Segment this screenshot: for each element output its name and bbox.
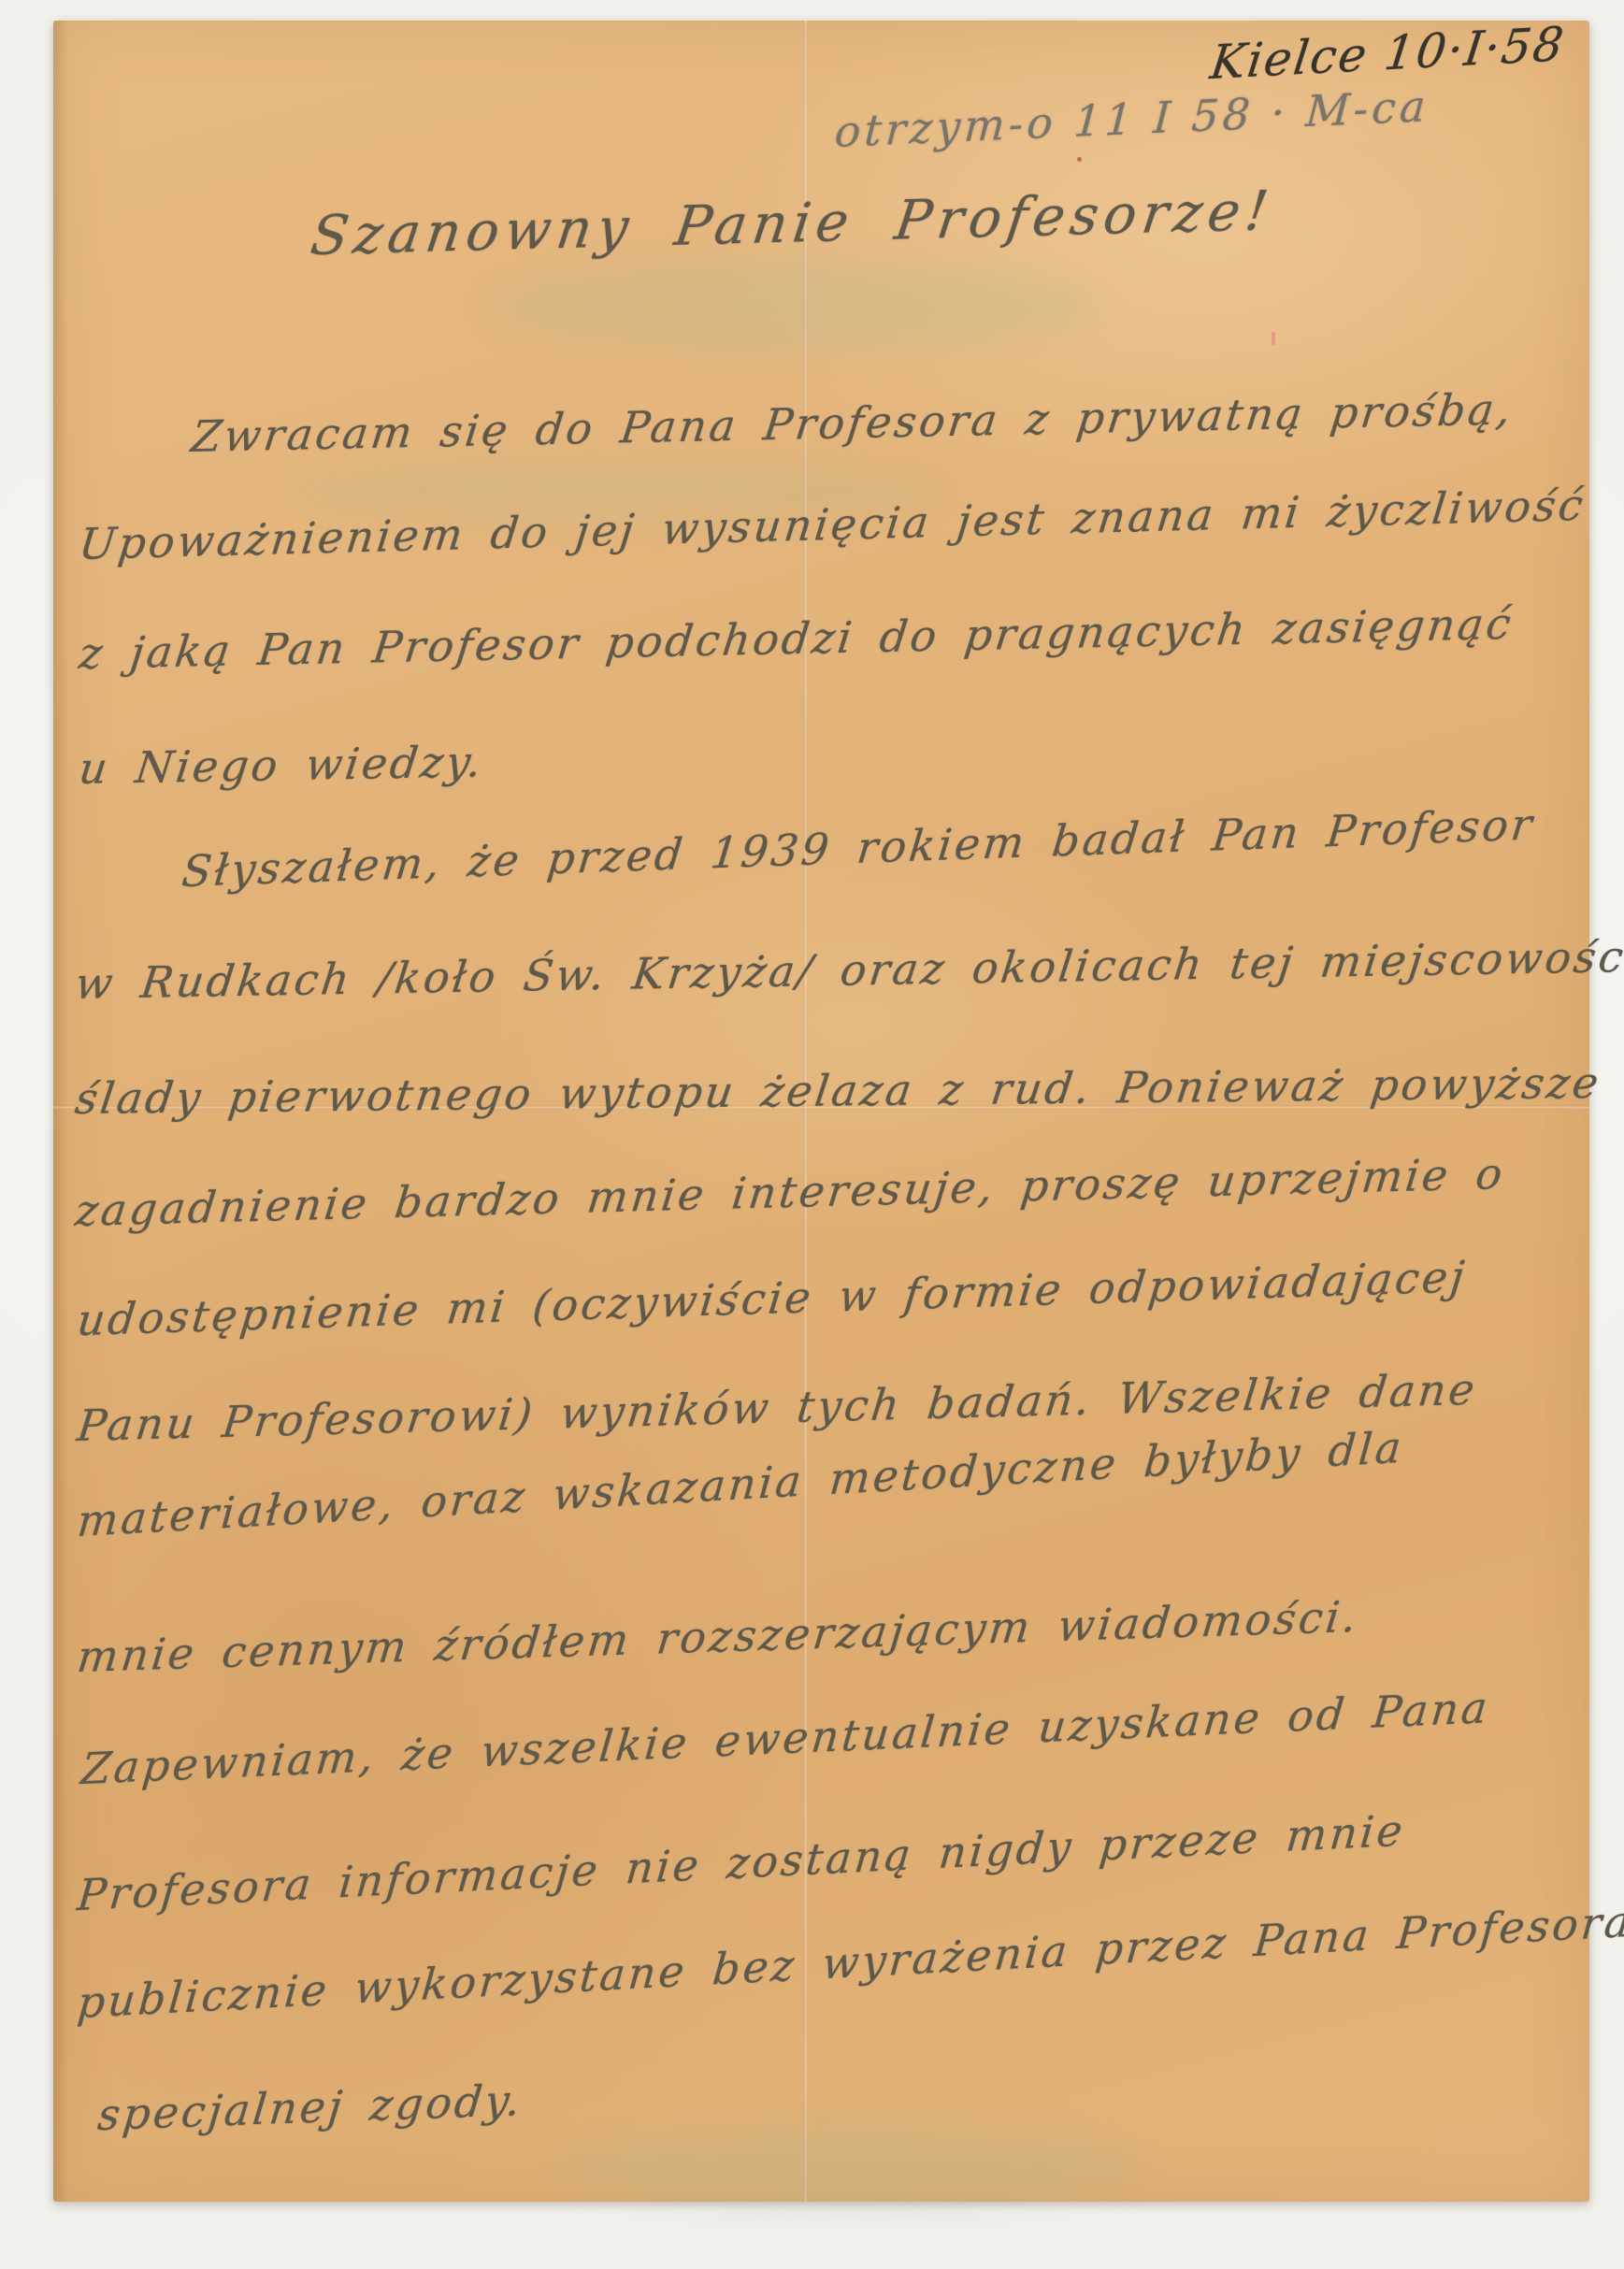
body-line: Upoważnieniem do jej wysunięcia jest zna… (77, 480, 1588, 569)
salutation: Szanowny Panie Profesorze! (308, 179, 1278, 267)
body-line: w Rudkach /koło Św. Krzyża/ oraz okolica… (73, 931, 1624, 1009)
body-line: udostępnienie mi (oczywiście w formie od… (75, 1251, 1469, 1345)
paper-speck (1272, 332, 1275, 345)
body-line: ślady pierwotnego wytopu żelaza z rud. P… (72, 1057, 1603, 1124)
body-line: u Niego wiedzy. (77, 736, 487, 794)
body-line: Zwracam się do Pana Profesora z prywatną… (189, 383, 1516, 462)
body-line: specjalnej zgody. (95, 2075, 525, 2140)
ink-showthrough-mark (493, 262, 1091, 351)
body-line: z jaką Pan Profesor podchodzi do pragnąc… (77, 598, 1516, 679)
body-line: publicznie wykorzystane bez wyrażenia pr… (76, 1896, 1624, 2029)
body-line: Profesora informacje nie zostaną nigdy p… (76, 1804, 1408, 1920)
scan-background: Kielce 10·I·58 otrzym-o 11 I 58 · M-ca S… (0, 0, 1624, 2269)
body-line: Słyszałem, że przed 1939 rokiem badał Pa… (180, 798, 1537, 897)
received-annotation: otrzym-o 11 I 58 · M-ca (833, 80, 1430, 157)
ink-showthrough-mark (558, 2124, 1138, 2208)
body-line: mnie cennym źródłem rozszerzającym wiado… (75, 1591, 1361, 1682)
body-line: zagadnienie bardzo mnie interesuje, pros… (73, 1148, 1508, 1236)
body-line: Zapewniam, że wszelkie ewentualnie uzysk… (79, 1682, 1492, 1794)
letter-paper: Kielce 10·I·58 otrzym-o 11 I 58 · M-ca S… (53, 21, 1589, 2202)
place-date-line: Kielce 10·I·58 (1207, 17, 1568, 90)
paper-speck (1077, 157, 1082, 162)
